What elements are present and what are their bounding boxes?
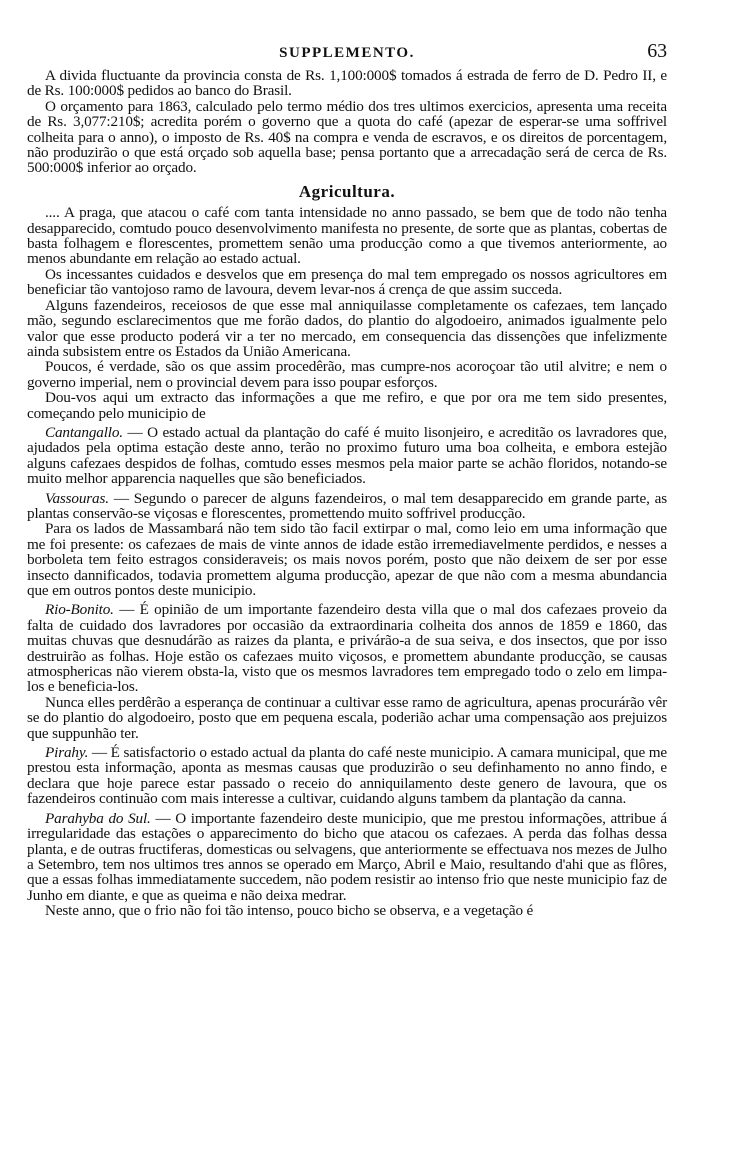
paragraph-rio-bonito: Rio-Bonito. — É opinião de um importante…	[27, 602, 667, 694]
paragraph-nunca: Nunca elles perdêrão a esperança de cont…	[27, 695, 667, 741]
paragraph-public-debt: A divida fluctuante da provincia consta …	[27, 68, 667, 99]
paragraph-text: Neste anno, que o frio não foi tão inten…	[45, 902, 533, 919]
paragraph-text: — Segundo o parecer de alguns fazendeiro…	[27, 490, 667, 522]
paragraph-vassouras: Vassouras. — Segundo o parecer de alguns…	[27, 491, 667, 522]
paragraph-text: Os incessantes cuidados e desvelos que e…	[27, 266, 667, 298]
document-page: SUPPLEMENTO. 63 A divida fluctuante da p…	[27, 44, 667, 919]
paragraph-budget: O orçamento para 1863, calculado pelo te…	[27, 99, 667, 176]
paragraph-text: Alguns fazendeiros, receiosos de que ess…	[27, 297, 667, 360]
paragraph-text: — O estado actual da plantação do café é…	[27, 424, 667, 487]
section-title-agricultura: Agricultura.	[27, 184, 667, 199]
paragraph-text: Nunca elles perdêrão a esperança de cont…	[27, 694, 667, 742]
paragraph-massambara: Para os lados de Massambará não tem sido…	[27, 521, 667, 598]
paragraph-poucos: Poucos, é verdade, são os que assim proc…	[27, 359, 667, 390]
running-title: SUPPLEMENTO.	[27, 46, 667, 61]
paragraph-cantangallo: Cantangallo. — O estado actual da planta…	[27, 425, 667, 487]
paragraph-text: .... A praga, que atacou o café com tant…	[27, 204, 667, 267]
paragraph-praga: .... A praga, que atacou o café com tant…	[27, 205, 667, 267]
paragraph-text: Poucos, é verdade, são os que assim proc…	[27, 358, 667, 390]
paragraph-text: — É opinião de um importante fazendeiro …	[27, 601, 667, 695]
paragraph-text: — É satisfactorio o estado actual da pla…	[27, 744, 667, 807]
paragraph-cuidados: Os incessantes cuidados e desvelos que e…	[27, 267, 667, 298]
paragraph-algodoeiro: Alguns fazendeiros, receiosos de que ess…	[27, 298, 667, 360]
paragraph-pirahy: Pirahy. — É satisfactorio o estado actua…	[27, 745, 667, 807]
running-header: SUPPLEMENTO. 63	[27, 44, 667, 68]
paragraph-neste-anno: Neste anno, que o frio não foi tão inten…	[27, 903, 667, 918]
paragraph-parahyba-do-sul: Parahyba do Sul. — O importante fazendei…	[27, 811, 667, 903]
paragraph-text: Dou-vos aqui um extracto das informações…	[27, 389, 667, 421]
paragraph-extracto: Dou-vos aqui um extracto das informações…	[27, 390, 667, 421]
page-number: 63	[647, 44, 667, 59]
paragraph-text: Para os lados de Massambará não tem sido…	[27, 520, 667, 599]
